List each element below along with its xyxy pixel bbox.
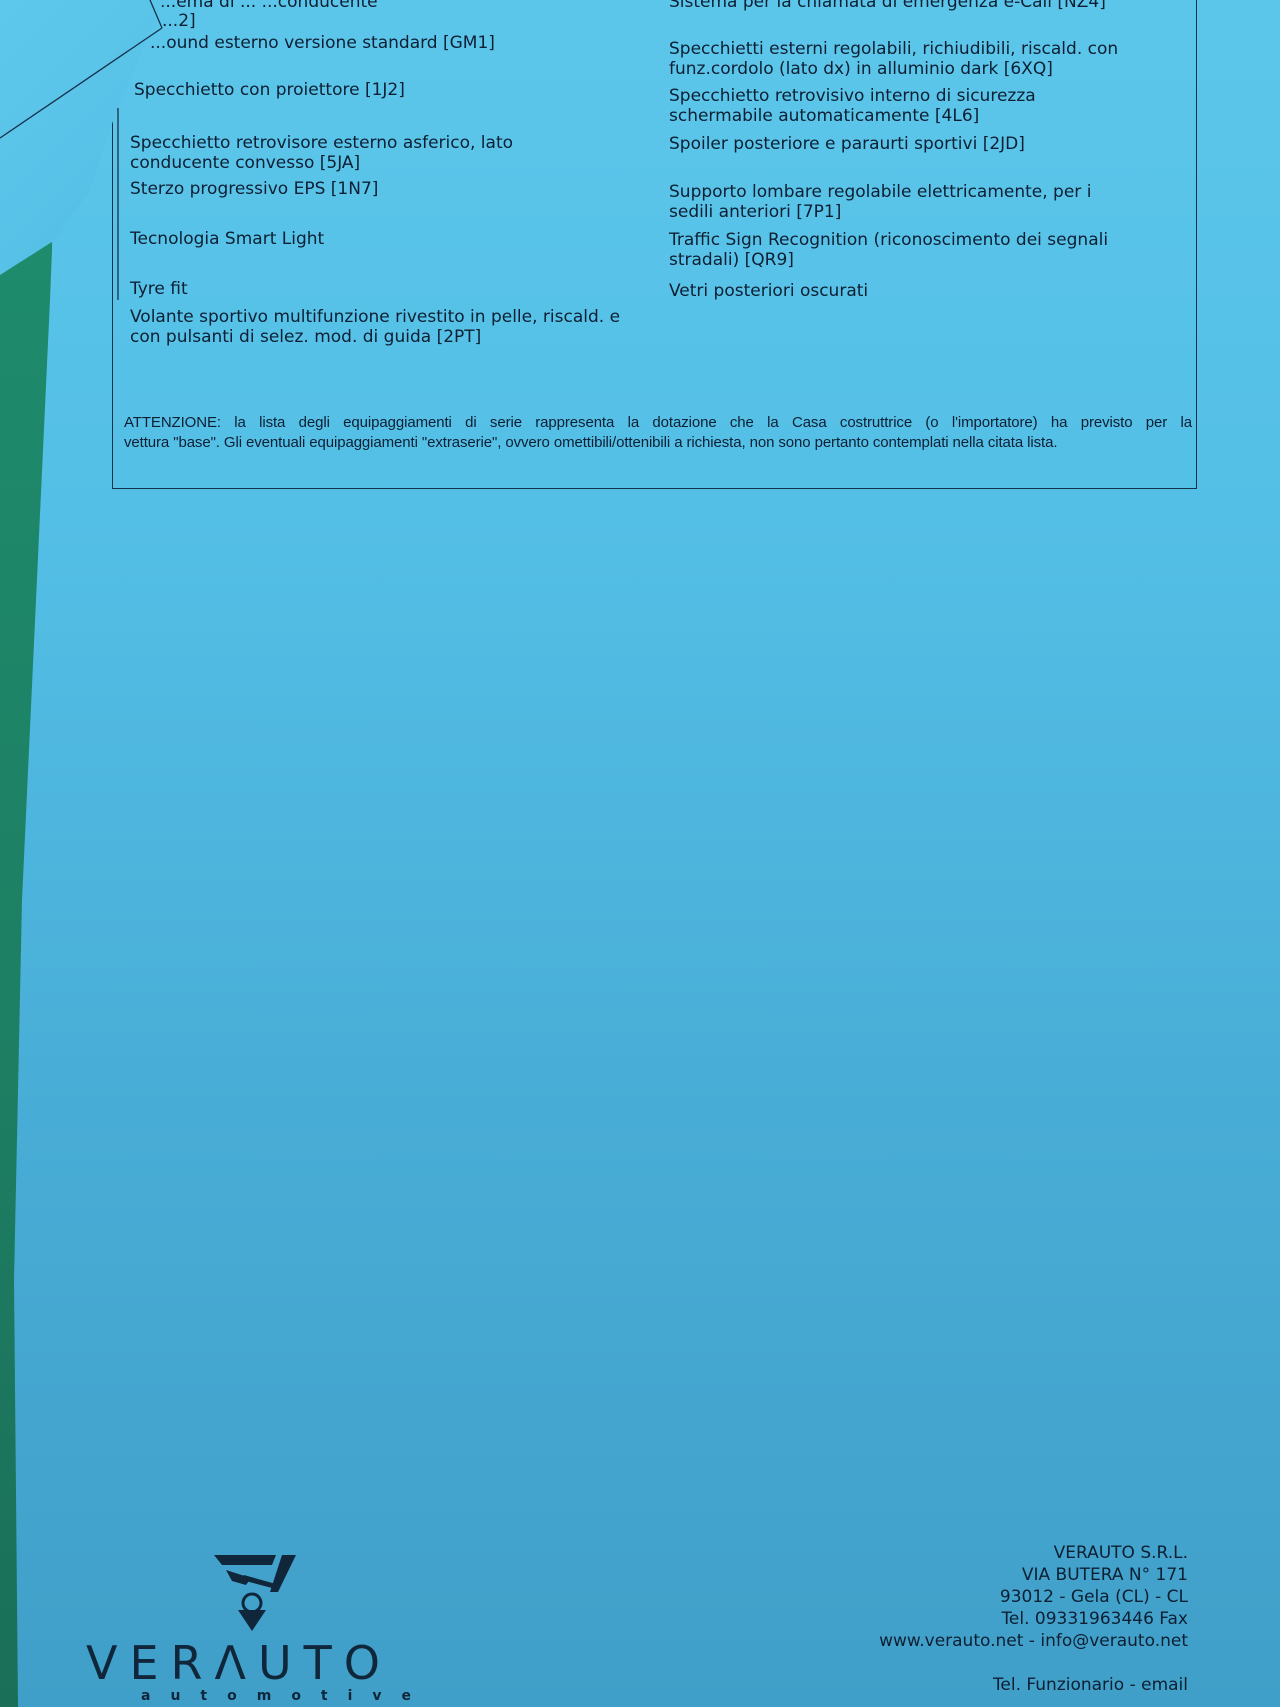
list-item: Tecnologia Smart Light [130,229,640,249]
verauto-logo: VERΛUTO automotive [86,1548,426,1688]
list-item: Spoiler posteriore e paraurti sportivi [… [669,134,1179,154]
list-item: ...2] [162,11,640,31]
company-city: 93012 - Gela (CL) - CL [879,1586,1188,1608]
company-address: VERAUTO S.R.L. VIA BUTERA N° 171 93012 -… [879,1542,1188,1696]
disclaimer-line-2: vettura "base". Gli eventuali equipaggia… [124,433,1192,453]
disclaimer-line-1: ATTENZIONE: la lista degli equipaggiamen… [124,413,1192,433]
company-phone: Tel. 09331963446 Fax [879,1608,1188,1630]
list-item: ...ound esterno versione standard [GM1] [150,33,640,53]
list-item: Specchietto con proiettore [1J2] [134,80,640,100]
list-item: Sterzo progressivo EPS [1N7] [130,179,640,199]
list-item: Volante sportivo multifunzione rivestito… [130,307,640,347]
list-item: Supporto lombare regolabile elettricamen… [669,182,1139,222]
disclaimer-notice: ATTENZIONE: la lista degli equipaggiamen… [124,413,1192,453]
company-street: VIA BUTERA N° 171 [879,1564,1188,1586]
company-name: VERAUTO S.R.L. [879,1542,1188,1564]
list-item: Traffic Sign Recognition (riconoscimento… [669,230,1179,270]
contact-line-cut: Tel. Funzionario - email [879,1674,1188,1696]
list-item: Specchietti esterni regolabili, richiudi… [669,39,1129,79]
list-item: Tyre fit [130,279,640,299]
company-web-email: www.verauto.net - info@verauto.net [879,1630,1188,1652]
list-item: Sistema per la chiamata di emergenza e-C… [669,0,1179,12]
list-item: Specchietto retrovisore esterno asferico… [130,133,610,173]
logo-tagline: automotive [141,1688,431,1704]
list-item: Specchietto retrovisivo interno di sicur… [669,86,1139,126]
list-item: Vetri posteriori oscurati [669,281,1179,301]
logo-emblem-icon [86,1548,426,1643]
logo-wordmark: VERΛUTO [86,1636,392,1690]
